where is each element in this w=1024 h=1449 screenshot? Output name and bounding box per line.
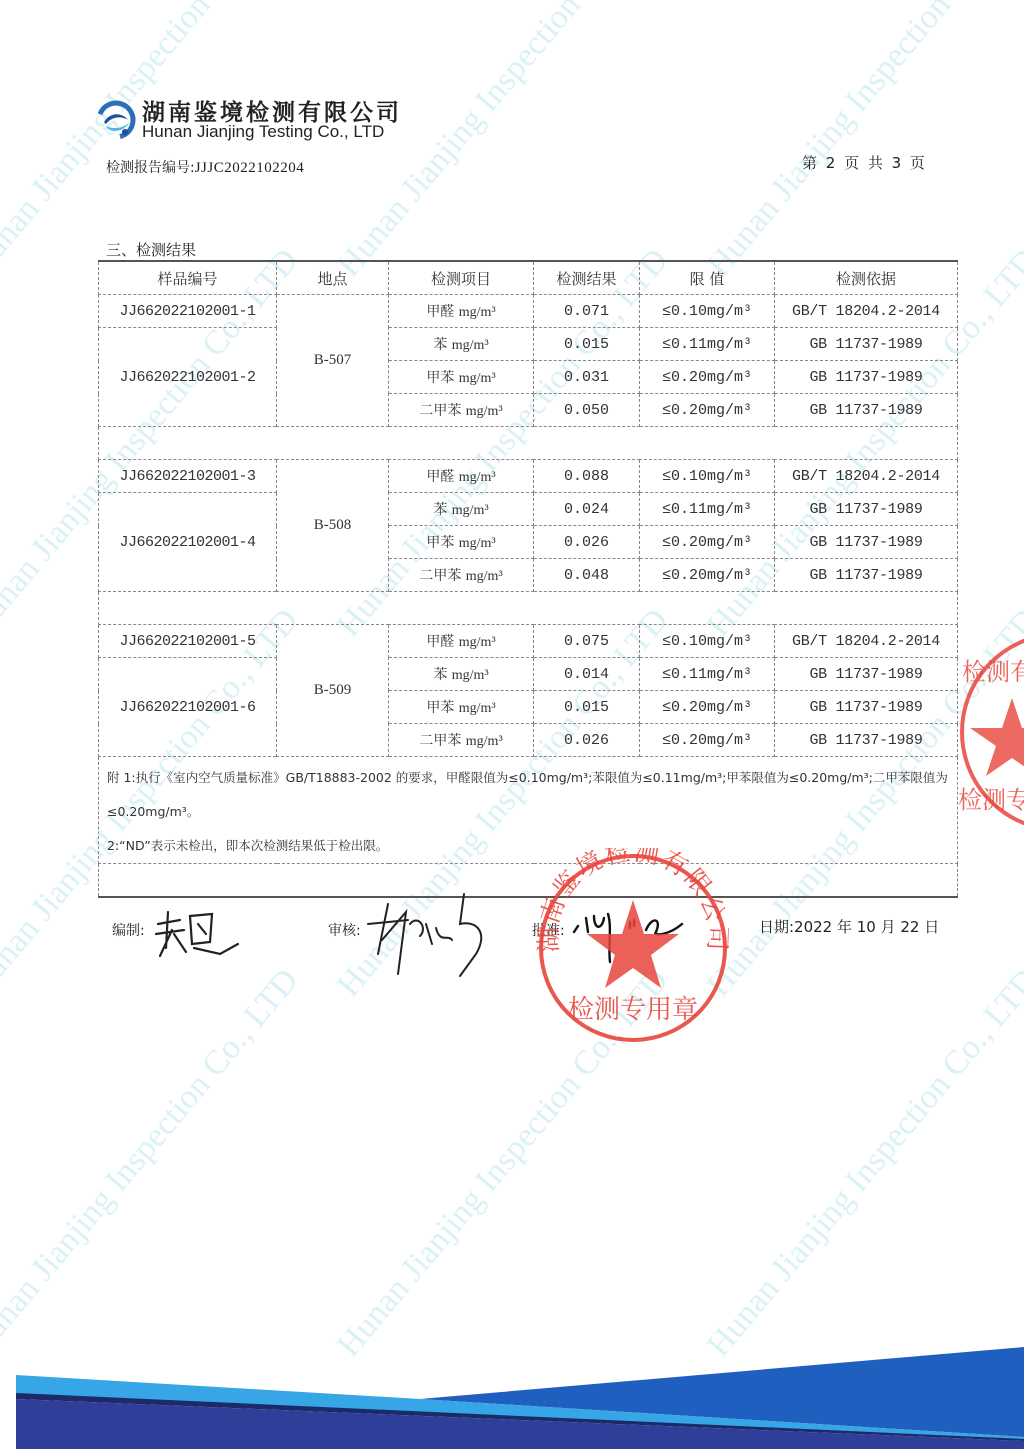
limit-cell: ≤0.11mg/m³ <box>640 493 775 526</box>
test-item-cell: 甲苯 mg/m³ <box>389 691 534 724</box>
test-item-cell: 甲醛 mg/m³ <box>389 460 534 493</box>
test-item-cell: 二甲苯 mg/m³ <box>389 724 534 757</box>
sample-id-cell: JJ662022102001-3 <box>99 460 277 493</box>
test-item-name: 甲苯 <box>426 700 454 716</box>
header-limit: 限 值 <box>640 261 775 295</box>
result-cell: 0.024 <box>534 493 640 526</box>
table-row: JJ662022102001-4苯 mg/m³0.024≤0.11mg/m³GB… <box>99 493 958 526</box>
test-item-cell: 甲醛 mg/m³ <box>389 625 534 658</box>
test-item-cell: 二甲苯 mg/m³ <box>389 394 534 427</box>
limit-cell: ≤0.10mg/m³ <box>640 625 775 658</box>
test-item-unit: mg/m³ <box>459 470 496 485</box>
basis-cell: GB 11737-1989 <box>775 493 958 526</box>
sample-id-cell: JJ662022102001-2 <box>99 328 277 427</box>
test-item-unit: mg/m³ <box>459 701 496 716</box>
test-item-unit: mg/m³ <box>452 338 489 353</box>
sample-id-cell: JJ662022102001-4 <box>99 493 277 592</box>
basis-cell: GB 11737-1989 <box>775 559 958 592</box>
result-cell: 0.015 <box>534 691 640 724</box>
watermark-text: Hunan Jianjing Inspection Co., LTD <box>330 962 676 1365</box>
limit-cell: ≤0.20mg/m³ <box>640 691 775 724</box>
header-basis: 检测依据 <box>775 261 958 295</box>
basis-cell: GB 11737-1989 <box>775 394 958 427</box>
side-seal-top-text: 检测有 <box>962 658 1024 686</box>
basis-cell: GB 11737-1989 <box>775 658 958 691</box>
table-row: JJ662022102001-5B-509甲醛 mg/m³0.075≤0.10m… <box>99 625 958 658</box>
compiler-signature <box>150 904 240 964</box>
result-cell: 0.026 <box>534 526 640 559</box>
test-item-name: 甲苯 <box>426 370 454 386</box>
limit-cell: ≤0.20mg/m³ <box>640 724 775 757</box>
section-title: 三、检测结果 <box>106 239 196 260</box>
test-item-cell: 苯 mg/m³ <box>389 658 534 691</box>
result-cell: 0.075 <box>534 625 640 658</box>
table-row: JJ662022102001-2苯 mg/m³0.015≤0.11mg/m³GB… <box>99 328 958 361</box>
test-item-cell: 苯 mg/m³ <box>389 328 534 361</box>
note-line: 附 1:执行《室内空气质量标准》GB/T18883-2002 的要求，甲醛限值为… <box>107 761 949 829</box>
report-number: 检测报告编号:JJJC2022102204 <box>106 157 304 177</box>
test-item-name: 二甲苯 <box>419 568 461 584</box>
result-cell: 0.015 <box>534 328 640 361</box>
test-item-cell: 甲醛 mg/m³ <box>389 295 534 328</box>
group-spacer-row <box>99 427 958 460</box>
header-result: 检测结果 <box>534 261 640 295</box>
basis-cell: GB 11737-1989 <box>775 328 958 361</box>
limit-cell: ≤0.20mg/m³ <box>640 361 775 394</box>
test-item-name: 二甲苯 <box>419 403 461 419</box>
limit-cell: ≤0.10mg/m³ <box>640 295 775 328</box>
table-row: JJ662022102001-1B-507甲醛 mg/m³0.071≤0.10m… <box>99 295 958 328</box>
result-cell: 0.014 <box>534 658 640 691</box>
result-cell: 0.088 <box>534 460 640 493</box>
limit-cell: ≤0.11mg/m³ <box>640 328 775 361</box>
report-number-label: 检测报告编号: <box>106 160 195 176</box>
result-cell: 0.026 <box>534 724 640 757</box>
test-item-name: 苯 <box>433 667 447 683</box>
limit-cell: ≤0.20mg/m³ <box>640 559 775 592</box>
table-row: JJ662022102001-3B-508甲醛 mg/m³0.088≤0.10m… <box>99 460 958 493</box>
limit-cell: ≤0.20mg/m³ <box>640 526 775 559</box>
test-item-name: 甲醛 <box>426 304 454 320</box>
basis-cell: GB 11737-1989 <box>775 361 958 394</box>
test-item-cell: 甲苯 mg/m³ <box>389 526 534 559</box>
watermark-text: Hunan Jianjing Inspection Co., LTD <box>700 962 1024 1365</box>
notes-row: 附 1:执行《室内空气质量标准》GB/T18883-2002 的要求，甲醛限值为… <box>99 757 958 864</box>
test-item-unit: mg/m³ <box>459 635 496 650</box>
test-item-name: 二甲苯 <box>419 733 461 749</box>
test-item-unit: mg/m³ <box>452 503 489 518</box>
basis-cell: GB/T 18204.2-2014 <box>775 295 958 328</box>
header-location: 地点 <box>277 261 389 295</box>
header-test-item: 检测项目 <box>389 261 534 295</box>
approver-signature <box>572 906 702 976</box>
limit-cell: ≤0.10mg/m³ <box>640 460 775 493</box>
test-item-name: 苯 <box>433 337 447 353</box>
sample-id-cell: JJ662022102001-5 <box>99 625 277 658</box>
side-seal-stamp: 检测有 检测专 <box>956 628 1024 838</box>
basis-cell: GB/T 18204.2-2014 <box>775 625 958 658</box>
results-body: JJ662022102001-1B-507甲醛 mg/m³0.071≤0.10m… <box>99 295 958 898</box>
note-line: 2:“ND”表示未检出，即本次检测结果低于检出限。 <box>107 829 949 863</box>
company-logo-icon <box>96 100 136 140</box>
test-item-unit: mg/m³ <box>466 404 503 419</box>
side-seal-bottom-text: 检测专 <box>958 786 1024 814</box>
page-indicator: 第 2 页 共 3 页 <box>802 152 925 173</box>
limit-cell: ≤0.11mg/m³ <box>640 658 775 691</box>
basis-cell: GB 11737-1989 <box>775 691 958 724</box>
watermark-text: Hunan Jianjing Inspection Co., LTD <box>0 962 306 1365</box>
test-item-cell: 甲苯 mg/m³ <box>389 361 534 394</box>
signature-row: 编制: 审核: 批准: 日期:2022 年 10 月 22 日 <box>112 912 952 972</box>
test-item-unit: mg/m³ <box>452 668 489 683</box>
footer-decorative-band <box>0 1329 1024 1449</box>
basis-cell: GB 11737-1989 <box>775 724 958 757</box>
basis-cell: GB 11737-1989 <box>775 526 958 559</box>
blank-row <box>99 864 958 898</box>
table-row: JJ662022102001-6苯 mg/m³0.014≤0.11mg/m³GB… <box>99 658 958 691</box>
test-item-unit: mg/m³ <box>466 569 503 584</box>
side-seal-star-icon <box>970 698 1024 776</box>
test-item-unit: mg/m³ <box>466 734 503 749</box>
watermark-text: Hunan Jianjing Inspection Co., LTD <box>330 0 676 284</box>
result-cell: 0.048 <box>534 559 640 592</box>
test-item-name: 甲醛 <box>426 634 454 650</box>
test-item-name: 苯 <box>433 502 447 518</box>
test-item-cell: 二甲苯 mg/m³ <box>389 559 534 592</box>
results-table: 样品编号 地点 检测项目 检测结果 限 值 检测依据 JJ66202210200… <box>98 260 958 898</box>
location-cell: B-508 <box>277 460 389 592</box>
test-item-unit: mg/m³ <box>459 305 496 320</box>
approved-by-label: 批准: <box>532 920 565 940</box>
location-cell: B-509 <box>277 625 389 757</box>
header-sample-id: 样品编号 <box>99 261 277 295</box>
table-header-row: 样品编号 地点 检测项目 检测结果 限 值 检测依据 <box>99 261 958 295</box>
seal-bottom-text: 检测专用章 <box>568 995 698 1025</box>
test-item-name: 甲醛 <box>426 469 454 485</box>
test-item-unit: mg/m³ <box>459 536 496 551</box>
test-item-unit: mg/m³ <box>459 371 496 386</box>
basis-cell: GB/T 18204.2-2014 <box>775 460 958 493</box>
report-number-value: JJJC2022102204 <box>195 160 305 176</box>
limit-cell: ≤0.20mg/m³ <box>640 394 775 427</box>
watermark-text: Hunan Jianjing Inspection Co., LTD <box>700 0 1024 284</box>
company-name-en: Hunan Jianjing Testing Co., LTD <box>142 122 384 142</box>
compiled-by-label: 编制: <box>112 920 145 940</box>
report-date: 日期:2022 年 10 月 22 日 <box>759 916 939 937</box>
test-item-name: 甲苯 <box>426 535 454 551</box>
result-cell: 0.050 <box>534 394 640 427</box>
result-cell: 0.031 <box>534 361 640 394</box>
test-item-cell: 苯 mg/m³ <box>389 493 534 526</box>
sample-id-cell: JJ662022102001-6 <box>99 658 277 757</box>
group-spacer-row <box>99 592 958 625</box>
reviewer-signature <box>348 884 498 984</box>
location-cell: B-507 <box>277 295 389 427</box>
result-cell: 0.071 <box>534 295 640 328</box>
sample-id-cell: JJ662022102001-1 <box>99 295 277 328</box>
